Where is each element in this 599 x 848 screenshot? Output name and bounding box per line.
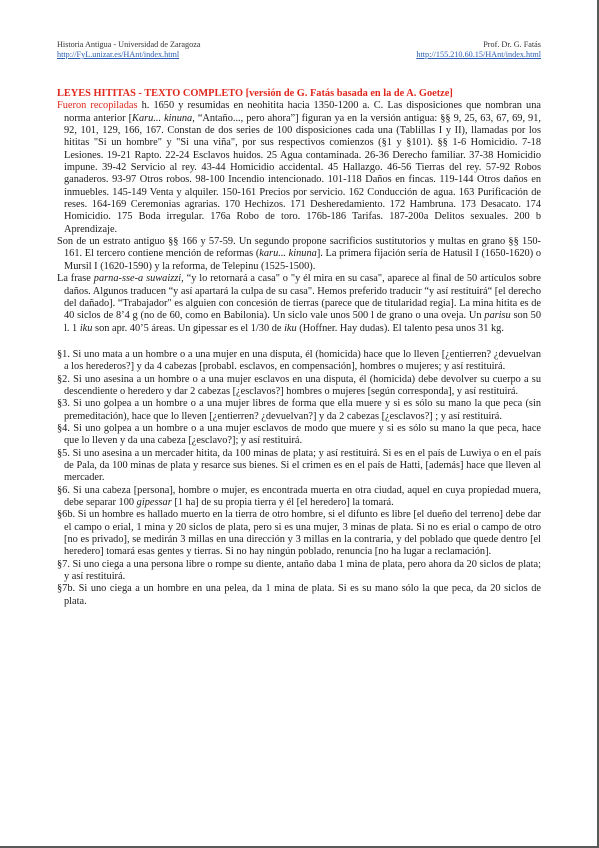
law-section-1: §1. Si uno mata a un hombre o a una muje… bbox=[57, 349, 541, 374]
law-section-7b: §7b. Si uno ciega a un hombre en una pel… bbox=[57, 583, 541, 608]
header-row-titles: Historia Antigua - Universidad de Zarago… bbox=[57, 40, 541, 50]
section-spacer bbox=[57, 335, 541, 349]
page-header: Historia Antigua - Universidad de Zarago… bbox=[57, 40, 541, 60]
header-institution: Historia Antigua - Universidad de Zarago… bbox=[57, 40, 200, 50]
law-section-2: §2. Si uno asesina a un hombre o a una m… bbox=[57, 374, 541, 399]
intro-paragraph-terms: La frase parna-sse-a suwaizzi, “y lo ret… bbox=[57, 273, 541, 335]
law-section-6b: §6b. Si un hombre es hallado muerto en l… bbox=[57, 509, 541, 558]
header-row-links: http://FyL.unizar.es/HAnt/index.html htt… bbox=[57, 50, 541, 60]
intro-lead: Fueron recopiladas bbox=[57, 100, 138, 111]
document-page: Historia Antigua - Universidad de Zarago… bbox=[0, 0, 599, 848]
law-section-7: §7. Si uno ciega a una persona libre o r… bbox=[57, 559, 541, 584]
header-author: Prof. Dr. G. Fatás bbox=[483, 40, 541, 50]
document-title: LEYES HITITAS - TEXTO COMPLETO [versión … bbox=[57, 88, 541, 100]
law-section-5: §5. Si uno asesina a un mercader hitita,… bbox=[57, 448, 541, 485]
law-section-6: §6. Si una cabeza [persona], hombre o mu… bbox=[57, 485, 541, 510]
law-section-3: §3. Si uno golpea a un hombre o a una mu… bbox=[57, 398, 541, 423]
intro-paragraph-compilation: Fueron recopiladas h. 1650 y resumidas e… bbox=[57, 100, 541, 236]
intro-paragraph-strata: Son de un estrato antiguo §§ 166 y 57-59… bbox=[57, 236, 541, 273]
author-link[interactable]: http://155.210.60.15/HAnt/index.html bbox=[416, 50, 541, 60]
law-section-4: §4. Si uno golpea a un hombre o a una mu… bbox=[57, 423, 541, 448]
institution-link[interactable]: http://FyL.unizar.es/HAnt/index.html bbox=[57, 50, 179, 60]
document-body: LEYES HITITAS - TEXTO COMPLETO [versión … bbox=[57, 88, 541, 608]
